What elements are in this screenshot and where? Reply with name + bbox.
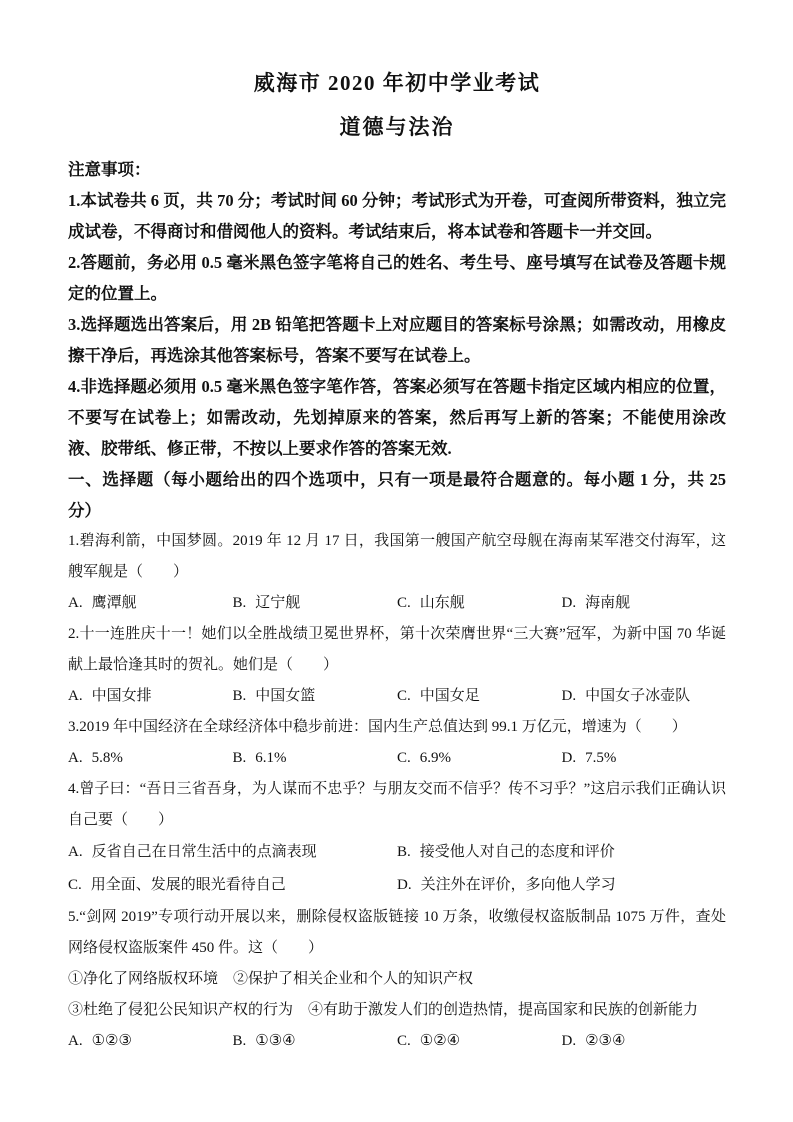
option-text: 中国女子冰壶队 — [585, 688, 690, 704]
option-text: 山东舰 — [420, 595, 465, 611]
option-letter: D. — [562, 681, 577, 712]
option-letter: D. — [562, 743, 577, 774]
option-text: 鹰潭舰 — [92, 595, 137, 611]
option-letter: C. — [397, 681, 411, 712]
section-1-heading: 一、选择题（每小题给出的四个选项中，只有一项是最符合题意的。每小题 1 分，共 … — [68, 464, 726, 526]
option-text: 接受他人对自己的态度和评价 — [420, 844, 615, 860]
option-text: ①③④ — [255, 1033, 295, 1049]
question-5: 5.“剑网 2019”专项行动开展以来，删除侵权盗版链接 10 万条，收缴侵权盗… — [68, 902, 726, 1057]
option-letter: D. — [562, 1026, 577, 1057]
option-text: 关注外在评价，多向他人学习 — [421, 877, 616, 893]
question-1: 1.碧海利箭，中国梦圆。2019 年 12 月 17 日，我国第一艘国产航空母舰… — [68, 526, 726, 619]
question-4-stem: 4.曾子曰：“吾日三省吾身，为人谋而不忠乎？与朋友交而不信乎？传不习乎？”这启示… — [68, 774, 726, 836]
notice-section: 注意事项： 1.本试卷共 6 页，共 70 分；考试时间 60 分钟；考试形式为… — [68, 154, 726, 464]
exam-paper-page: 威海市 2020 年初中学业考试 道德与法治 注意事项： 1.本试卷共 6 页，… — [0, 0, 793, 1122]
option-text: 7.5% — [585, 750, 616, 766]
question-4-option-b: B.接受他人对自己的态度和评价 — [397, 836, 726, 869]
question-3: 3.2019 年中国经济在全球经济体中稳步前进：国内生产总值达到 99.1 万亿… — [68, 712, 726, 774]
question-5-options: A.①②③ B.①③④ C.①②④ D.②③④ — [68, 1026, 726, 1057]
question-5-option-c: C.①②④ — [397, 1026, 562, 1057]
notice-item-4: 4.非选择题必须用 0.5 毫米黑色签字笔作答，答案必须写在答题卡指定区域内相应… — [68, 371, 726, 464]
option-letter: A. — [68, 1026, 83, 1057]
option-letter: A. — [68, 836, 83, 869]
option-letter: B. — [233, 1026, 247, 1057]
option-letter: A. — [68, 588, 83, 619]
question-3-option-b: B.6.1% — [233, 743, 398, 774]
option-text: 6.9% — [420, 750, 451, 766]
question-2-option-b: B.中国女篮 — [233, 681, 398, 712]
question-3-options: A.5.8% B.6.1% C.6.9% D.7.5% — [68, 743, 726, 774]
exam-title: 威海市 2020 年初中学业考试 — [68, 68, 726, 98]
question-5-option-b: B.①③④ — [233, 1026, 398, 1057]
option-letter: C. — [397, 743, 411, 774]
question-1-options: A.鹰潭舰 B.辽宁舰 C.山东舰 D.海南舰 — [68, 588, 726, 619]
question-1-option-a: A.鹰潭舰 — [68, 588, 233, 619]
option-letter: D. — [562, 588, 577, 619]
option-text: ①②④ — [420, 1033, 460, 1049]
question-4-option-c: C.用全面、发展的眼光看待自己 — [68, 869, 397, 902]
option-text: 中国女排 — [92, 688, 152, 704]
question-2-option-c: C.中国女足 — [397, 681, 562, 712]
question-2-option-d: D.中国女子冰壶队 — [562, 681, 727, 712]
question-1-stem: 1.碧海利箭，中国梦圆。2019 年 12 月 17 日，我国第一艘国产航空母舰… — [68, 526, 726, 588]
question-5-stem: 5.“剑网 2019”专项行动开展以来，删除侵权盗版链接 10 万条，收缴侵权盗… — [68, 902, 726, 964]
question-3-option-a: A.5.8% — [68, 743, 233, 774]
notice-item-1: 1.本试卷共 6 页，共 70 分；考试时间 60 分钟；考试形式为开卷，可查阅… — [68, 185, 726, 247]
option-letter: A. — [68, 743, 83, 774]
option-text: ②③④ — [585, 1033, 625, 1049]
exam-subject-title: 道德与法治 — [68, 112, 726, 142]
option-text: 中国女篮 — [255, 688, 315, 704]
notice-item-3: 3.选择题选出答案后，用 2B 铅笔把答题卡上对应题目的答案标号涂黑；如需改动，… — [68, 309, 726, 371]
option-letter: A. — [68, 681, 83, 712]
option-text: 辽宁舰 — [255, 595, 300, 611]
notice-heading: 注意事项： — [68, 154, 726, 185]
question-5-option-d: D.②③④ — [562, 1026, 727, 1057]
option-text: 反省自己在日常生活中的点滴表现 — [92, 844, 317, 860]
question-2-options: A.中国女排 B.中国女篮 C.中国女足 D.中国女子冰壶队 — [68, 681, 726, 712]
option-text: ①②③ — [92, 1033, 132, 1049]
option-text: 用全面、发展的眼光看待自己 — [91, 877, 286, 893]
option-letter: C. — [397, 588, 411, 619]
option-letter: C. — [68, 869, 82, 902]
option-text: 海南舰 — [585, 595, 630, 611]
question-4: 4.曾子曰：“吾日三省吾身，为人谋而不忠乎？与朋友交而不信乎？传不习乎？”这启示… — [68, 774, 726, 902]
option-text: 中国女足 — [420, 688, 480, 704]
question-2-option-a: A.中国女排 — [68, 681, 233, 712]
question-1-option-b: B.辽宁舰 — [233, 588, 398, 619]
option-letter: B. — [233, 681, 247, 712]
question-3-option-c: C.6.9% — [397, 743, 562, 774]
option-letter: B. — [397, 836, 411, 869]
option-letter: B. — [233, 743, 247, 774]
question-3-stem: 3.2019 年中国经济在全球经济体中稳步前进：国内生产总值达到 99.1 万亿… — [68, 712, 726, 743]
option-letter: D. — [397, 869, 412, 902]
option-text: 5.8% — [92, 750, 123, 766]
question-1-option-d: D.海南舰 — [562, 588, 727, 619]
question-4-options: A.反省自己在日常生活中的点滴表现 B.接受他人对自己的态度和评价 C.用全面、… — [68, 836, 726, 902]
question-5-subitems-3-4: ③杜绝了侵犯公民知识产权的行为 ④有助于激发人们的创造热情，提高国家和民族的创新… — [68, 995, 726, 1026]
question-5-option-a: A.①②③ — [68, 1026, 233, 1057]
question-2: 2.十一连胜庆十一！她们以全胜战绩卫冕世界杯，第十次荣膺世界“三大赛”冠军，为新… — [68, 619, 726, 712]
notice-item-2: 2.答题前，务必用 0.5 毫米黑色签字笔将自己的姓名、考生号、座号填写在试卷及… — [68, 247, 726, 309]
option-letter: C. — [397, 1026, 411, 1057]
option-letter: B. — [233, 588, 247, 619]
question-5-subitems-1-2: ①净化了网络版权环境 ②保护了相关企业和个人的知识产权 — [68, 964, 726, 995]
question-2-stem: 2.十一连胜庆十一！她们以全胜战绩卫冕世界杯，第十次荣膺世界“三大赛”冠军，为新… — [68, 619, 726, 681]
question-4-option-a: A.反省自己在日常生活中的点滴表现 — [68, 836, 397, 869]
question-1-option-c: C.山东舰 — [397, 588, 562, 619]
question-4-option-d: D.关注外在评价，多向他人学习 — [397, 869, 726, 902]
question-3-option-d: D.7.5% — [562, 743, 727, 774]
option-text: 6.1% — [255, 750, 286, 766]
